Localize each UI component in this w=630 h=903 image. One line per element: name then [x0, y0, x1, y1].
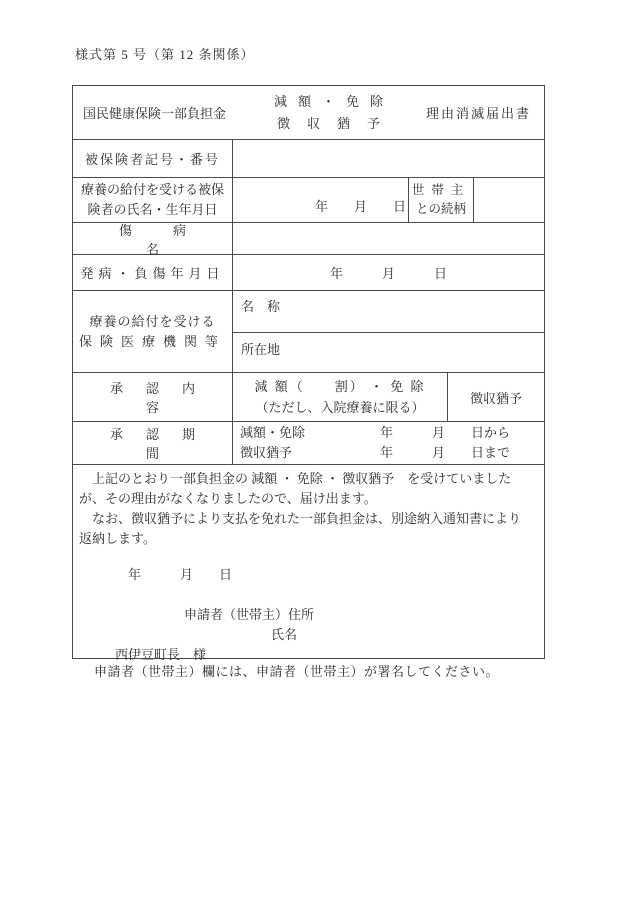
approved-period-row: 承認期間 減額・免除 年 月 日から 徴収猶予 年 月 日まで	[73, 421, 544, 464]
form-title-reduction-exemption: 減額・免除	[263, 91, 394, 113]
period-to-type: 徴収猶予	[240, 443, 380, 463]
notification-form-table: 国民健康保険一部負担金 減額・免除 徴収猶予 理由消滅届出書 被保険者記号・番号…	[72, 85, 545, 659]
period-to-line: 徴収猶予 年 月 日まで	[240, 443, 544, 463]
insured-number-label: 被保険者記号・番号	[73, 140, 233, 177]
period-from-type: 減額・免除	[240, 423, 380, 443]
onset-date-label: 発病・負傷年月日	[73, 255, 233, 290]
declaration-row: 上記のとおり一部負担金の 減額 ・ 免除 ・ 徴収猶予 を受けていました が、そ…	[73, 464, 544, 658]
declaration-line-1: 上記のとおり一部負担金の 減額 ・ 免除 ・ 徴収猶予 を受けていました	[79, 469, 538, 489]
householder-relation-line2: との続柄	[416, 200, 466, 219]
form-title-center: 減額・免除 徴収猶予	[243, 86, 414, 139]
insured-person-label-line2: 険者の氏名・生年月日	[87, 200, 217, 220]
disease-name-row: 傷病名	[73, 222, 544, 254]
period-to-date: 年 月 日まで	[380, 443, 510, 463]
approved-period-label: 承認期間	[73, 422, 233, 464]
period-from-date: 年 月 日から	[380, 423, 510, 443]
signature-instruction-note: 申請者（世帯主）欄には、申請者（世帯主）が署名してください。	[94, 661, 499, 680]
approved-content-line2: （ただし、入院療養に限る）	[255, 397, 424, 418]
approved-content-label: 承認内容	[73, 373, 233, 421]
institution-address-cell: 所在地	[233, 333, 544, 372]
householder-relation-label: 世帯主 との続柄	[409, 178, 474, 222]
insured-person-label-line1: 療養の給付を受ける被保	[81, 180, 224, 200]
insured-person-row: 療養の給付を受ける被保 険者の氏名・生年月日 年 月 日 世帯主 との続柄	[73, 177, 544, 222]
onset-date-row: 発病・負傷年月日 年 月 日	[73, 254, 544, 290]
applicant-address-label: 申請者（世帯主）住所	[184, 605, 538, 625]
disease-name-label: 傷病名	[73, 223, 233, 254]
approved-period-value: 減額・免除 年 月 日から 徴収猶予 年 月 日まで	[233, 422, 544, 464]
form-title-collection-deferral: 徴収猶予	[260, 113, 397, 135]
insured-person-label: 療養の給付を受ける被保 険者の氏名・生年月日	[73, 178, 233, 222]
approved-content-line1: 減 額（ 割） ・ 免 除	[254, 376, 425, 397]
form-title-row: 国民健康保険一部負担金 減額・免除 徴収猶予 理由消滅届出書	[73, 86, 544, 139]
institution-name-cell: 名 称	[233, 291, 544, 333]
form-title-right: 理由消滅届出書	[414, 86, 544, 139]
insured-number-row: 被保険者記号・番号	[73, 139, 544, 177]
medical-institution-label: 療養の給付を受ける 保険医療機関等	[73, 291, 233, 372]
householder-relation-line1: 世帯主	[412, 181, 471, 200]
declaration-line-3: なお、徴収猶予により支払を免れた一部負担金は、別途納入通知書により	[79, 509, 538, 529]
declaration-cell: 上記のとおり一部負担金の 減額 ・ 免除 ・ 徴収猶予 を受けていました が、そ…	[73, 465, 544, 658]
insured-person-birthdate-cell: 年 月 日	[233, 178, 409, 222]
applicant-name-label: 氏名	[271, 625, 538, 645]
form-title-left: 国民健康保険一部負担金	[73, 86, 243, 139]
approved-content-row: 承認内容 減 額（ 割） ・ 免 除 （ただし、入院療養に限る） 徴収猶予	[73, 372, 544, 421]
medical-institution-detail: 名 称 所在地	[233, 291, 544, 372]
onset-date-value-cell: 年 月 日	[233, 255, 544, 290]
approved-content-deferral: 徴収猶予	[448, 373, 544, 421]
householder-relation-value-cell	[474, 178, 544, 222]
period-from-line: 減額・免除 年 月 日から	[240, 423, 544, 443]
form-number-title: 様式第 5 号（第 12 条関係）	[75, 46, 255, 64]
medical-institution-label-line2: 保険医療機関等	[79, 332, 226, 352]
declaration-line-2: が、その理由がなくなりましたので、届け出ます。	[79, 489, 538, 509]
insured-number-value-cell	[233, 140, 544, 177]
medical-institution-label-line1: 療養の給付を受ける	[89, 312, 215, 332]
disease-name-value-cell	[233, 223, 544, 254]
document-page: 様式第 5 号（第 12 条関係） 国民健康保険一部負担金 減額・免除 徴収猶予…	[0, 0, 630, 903]
approved-content-value: 減 額（ 割） ・ 免 除 （ただし、入院療養に限る）	[233, 373, 448, 421]
declaration-date-line: 年 月 日	[128, 565, 538, 585]
declaration-line-4: 返納します。	[79, 529, 538, 549]
medical-institution-row: 療養の給付を受ける 保険医療機関等 名 称 所在地	[73, 290, 544, 372]
